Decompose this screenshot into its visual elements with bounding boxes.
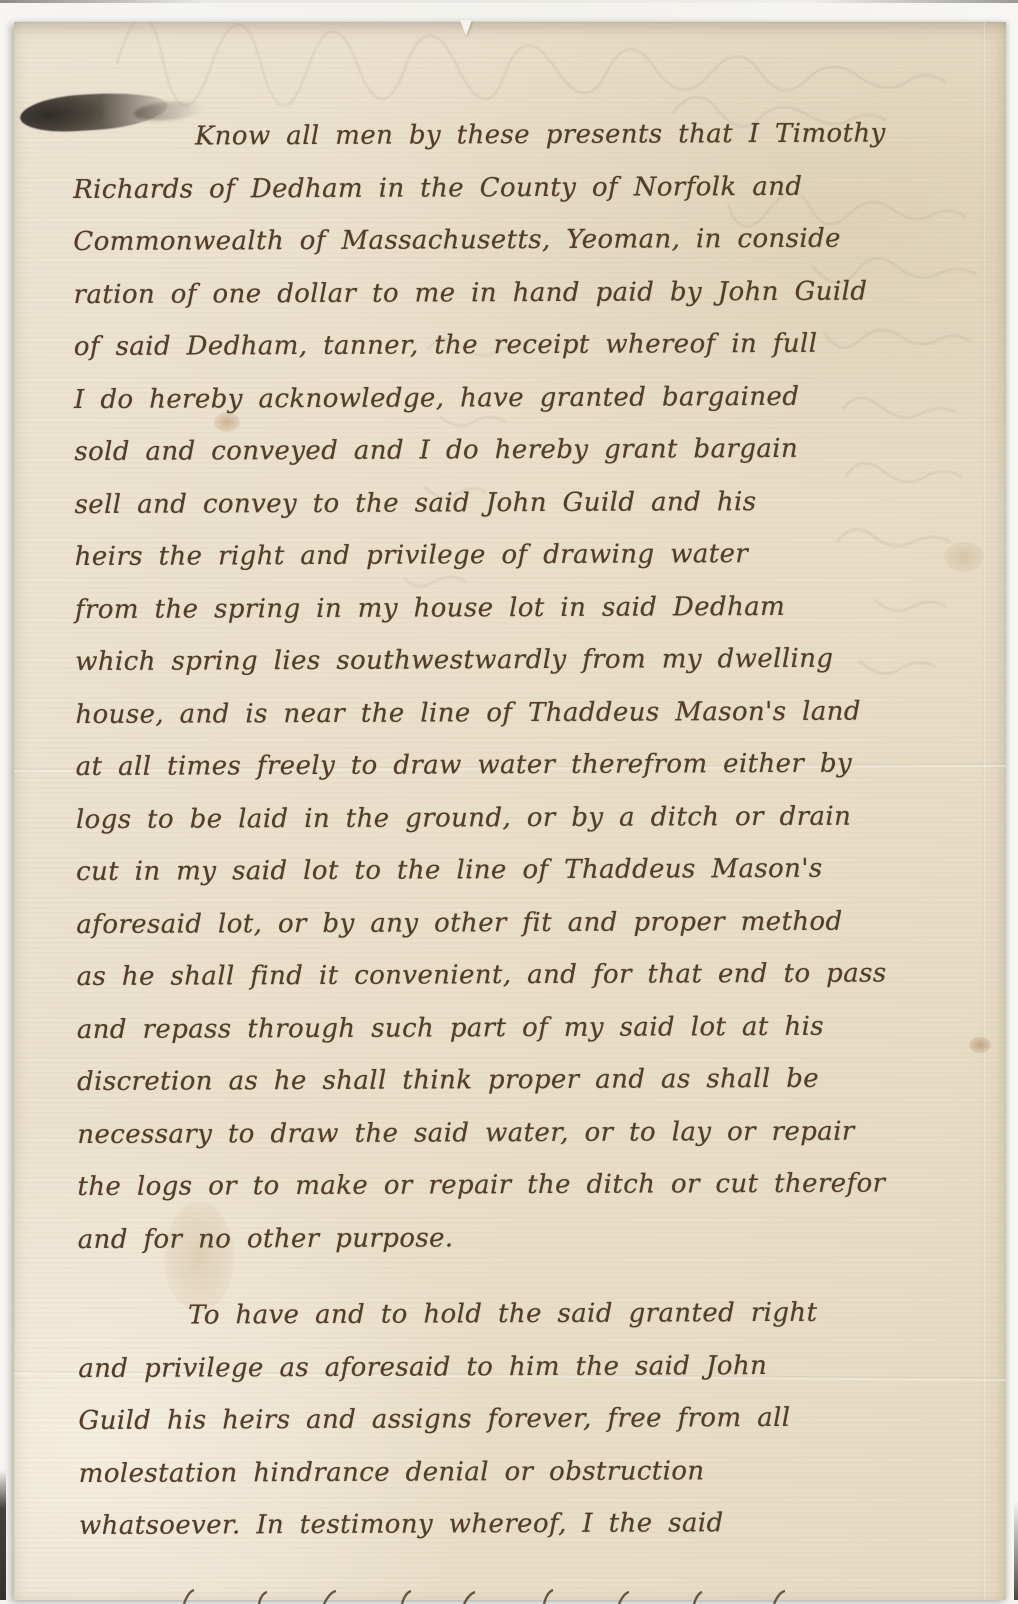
handwritten-line: Commonwealth of Massachusetts, Yeoman, i… xyxy=(73,223,989,279)
deed-paragraph-grant: Know all men by these presents that I Ti… xyxy=(73,118,994,1277)
handwritten-line: house, and is near the line of Thaddeus … xyxy=(75,696,991,752)
handwritten-line: at all times freely to draw water theref… xyxy=(76,748,992,804)
scan-edge-shadow-top xyxy=(0,0,1018,3)
handwritten-line: and for no other purpose. xyxy=(78,1220,994,1276)
handwritten-line: as he shall find it convenient, and for … xyxy=(77,958,993,1014)
handwritten-line: molestation hindrance denial or obstruct… xyxy=(79,1454,995,1510)
handwritten-line: heirs the right and privilege of drawing… xyxy=(75,538,991,594)
handwritten-line: and privilege as aforesaid to him the sa… xyxy=(78,1349,994,1405)
handwritten-line: necessary to draw the said water, or to … xyxy=(77,1115,993,1171)
handwritten-line: sold and conveyed and I do hereby grant … xyxy=(74,433,990,489)
handwritten-line: To have and to hold the said granted rig… xyxy=(78,1297,994,1353)
paper-sheet: Know all men by these presents that I Ti… xyxy=(14,22,1006,1600)
handwritten-line: whatsoever. In testimony whereof, I the … xyxy=(79,1507,995,1563)
handwritten-line: logs to be laid in the ground, or by a d… xyxy=(76,801,992,857)
handwritten-line: Guild his heirs and assigns forever, fre… xyxy=(78,1402,994,1458)
handwritten-line: of said Dedham, tanner, the receipt wher… xyxy=(74,328,990,384)
scan-edge-shadow-bottom-right xyxy=(1014,1500,1018,1600)
handwritten-line: which spring lies southwestwardly from m… xyxy=(75,643,991,699)
handwritten-line: aforesaid lot, or by any other fit and p… xyxy=(76,906,992,962)
deed-paragraph-habendum: To have and to hold the said granted rig… xyxy=(78,1297,995,1563)
handwritten-line: cut in my said lot to the line of Thadde… xyxy=(76,853,992,909)
handwritten-line: from the spring in my house lot in said … xyxy=(75,591,991,647)
handwritten-line: and repass through such part of my said … xyxy=(77,1010,993,1066)
handwritten-line: ration of one dollar to me in hand paid … xyxy=(74,276,990,332)
partial-bottom-line xyxy=(164,1588,864,1600)
deed-body-text: Know all men by these presents that I Ti… xyxy=(73,118,995,1563)
paper-edge-notch xyxy=(460,20,472,36)
scan-edge-shadow-bottom-left xyxy=(0,1470,6,1600)
handwritten-line: discretion as he shall think proper and … xyxy=(77,1063,993,1119)
handwritten-line: Richards of Dedham in the County of Norf… xyxy=(73,171,989,227)
handwritten-line: I do hereby acknowledge, have granted ba… xyxy=(74,381,990,437)
handwritten-line: sell and convey to the said John Guild a… xyxy=(74,486,990,542)
handwritten-line: the logs or to make or repair the ditch … xyxy=(77,1168,993,1224)
handwritten-line: Know all men by these presents that I Ti… xyxy=(73,118,989,174)
